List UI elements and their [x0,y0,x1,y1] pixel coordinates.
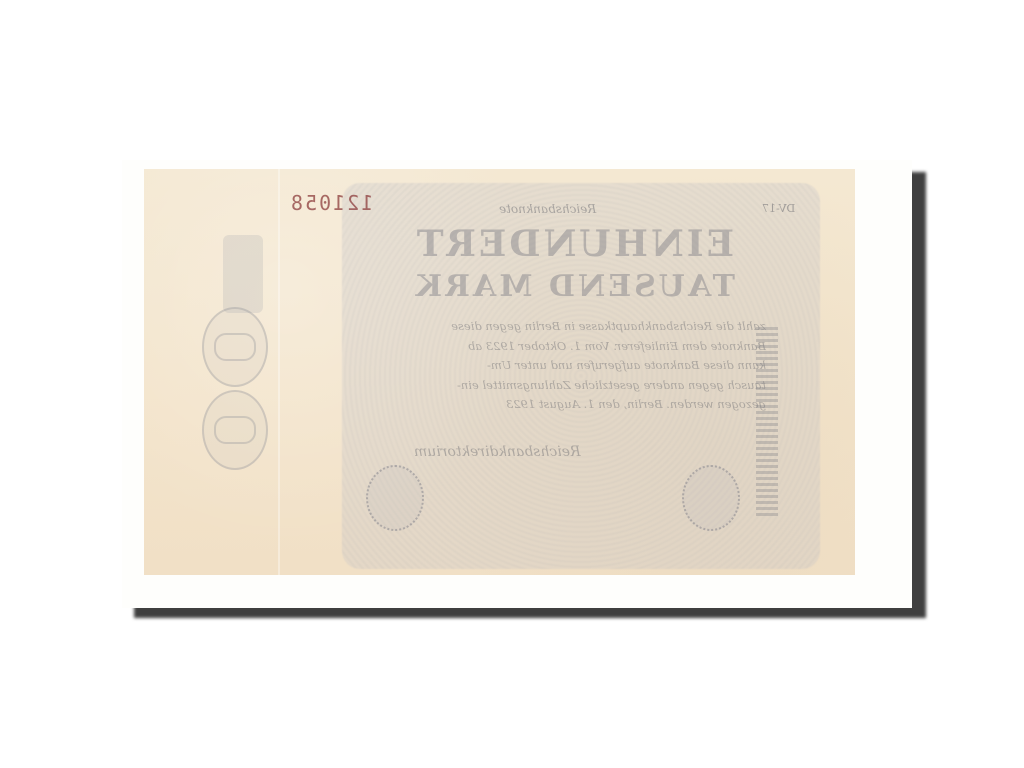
body-line: tausch gegen andere gesetzliche Zahlungs… [366,376,766,396]
serial-number: 121058 [289,191,373,215]
fold-line [278,169,280,575]
body-line: zahlt die Reichsbankhauptkasse in Berlin… [366,317,766,337]
denomination-line-2: TAUSEND MARK [354,269,794,304]
seal-stamp-right [682,465,740,531]
numeral-zero-ornament [202,307,268,387]
seal-stamp-left [366,465,424,531]
numeral-one-ornament [223,235,263,313]
signature-line: Reichsbankdirektorium [414,444,581,460]
numeral-zero-ornament [202,390,268,470]
denomination-line-1: EINHUNDERT [354,223,794,265]
series-code: DV-17 [762,202,795,215]
side-text-band [756,327,778,517]
body-line: Banknote dem Einlieferer. Vom 1. Oktober… [366,337,766,357]
body-text: zahlt die Reichsbankhauptkasse in Berlin… [366,317,766,415]
body-line: kann diese Banknote aufgerufen und unter… [366,356,766,376]
body-line: gezogen werden. Berlin, den 1. August 19… [366,395,766,415]
issuer-text: Reichsbanknote [499,202,596,216]
banknote: 100 121058 DV-17 Reichsbanknote EINHUNDE… [144,169,855,575]
